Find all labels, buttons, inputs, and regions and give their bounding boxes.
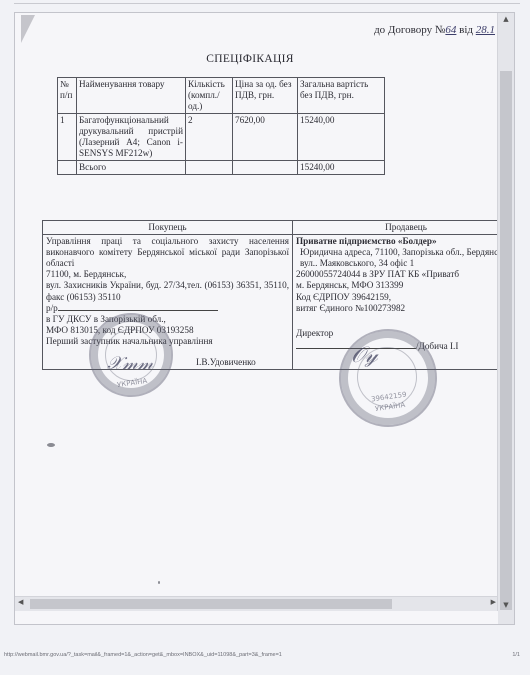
header-price: Ціна за од. без ПДВ, грн. [233, 78, 298, 114]
contract-number: 64 [445, 24, 456, 36]
scroll-up-icon[interactable]: ▲ [498, 15, 514, 23]
horizontal-scroll-thumb[interactable] [30, 599, 392, 609]
table-total-row: Всього 15240,00 [58, 161, 385, 175]
page-corner-fold-icon [21, 15, 35, 43]
table-header-row: № п/п Найменування товару Кількість (ком… [58, 78, 385, 114]
seller-name: Приватне підприємство «Болдер» [296, 236, 499, 247]
vertical-scroll-thumb[interactable] [500, 71, 512, 616]
scroll-down-icon[interactable]: ▼ [498, 601, 514, 609]
cell-total: 15240,00 [298, 114, 385, 161]
buyer-account: р/р [46, 303, 289, 314]
table-row: 1 Багатофункціональний друкувальний прис… [58, 114, 385, 161]
seller-code: Код ЄДРПОУ 39642159, [296, 292, 499, 303]
seller-address: Юридична адреса, 71100, Запорізька обл.,… [296, 247, 499, 269]
top-divider [14, 3, 520, 4]
buyer-postcode: 71100, м. Бердянськ, [46, 269, 289, 280]
document-viewer: до Договору №64 від 28.1 СПЕЦІФІКАЦІЯ № … [14, 12, 515, 625]
header-name: Найменування товару [77, 78, 186, 114]
scroll-left-icon[interactable]: ◀ [18, 598, 23, 606]
print-footer-page-count: 1/1 [512, 652, 520, 658]
contract-date: 28.1 [476, 24, 495, 36]
cell-price: 7620,00 [233, 114, 298, 161]
cell-empty [58, 161, 77, 175]
cell-name: Багатофункціональний друкувальний пристр… [77, 114, 186, 161]
cell-empty [233, 161, 298, 175]
vertical-scrollbar[interactable]: ▲ ▼ [497, 13, 514, 611]
seller-account: 26000055724044 в ЗРУ ПАТ КБ «Приватб [296, 269, 499, 280]
total-label: Всього [77, 161, 186, 175]
scan-speck [47, 443, 55, 447]
buyer-signature: 𝒳𝓂𝓂 [107, 353, 153, 374]
buyer-org: Управління праці та соціального захисту … [46, 236, 289, 269]
header-qty: Кількість (компл./ од.) [186, 78, 233, 114]
contract-ref-prefix: до Договору № [374, 24, 445, 36]
buyer-bank: в ГУ ДКСУ в Запорізькій обл., [46, 314, 289, 325]
header-total: Загальна вартість без ПДВ, грн. [298, 78, 385, 114]
document-title: СПЕЦІФІКАЦІЯ [15, 53, 485, 65]
contract-reference: до Договору №64 від 28.1 [374, 24, 495, 36]
total-value: 15240,00 [298, 161, 385, 175]
buyer-address: вул. Захисників України, буд. 27/34,тел.… [46, 280, 289, 302]
buyer-header: Покупець [43, 221, 293, 235]
seller-header: Продавець [293, 221, 500, 235]
document-page: до Договору №64 від 28.1 СПЕЦІФІКАЦІЯ № … [15, 13, 499, 611]
print-footer-url: http://webmail.bmr.gov.ua/?_task=mail&_f… [4, 652, 282, 658]
cell-qty: 2 [186, 114, 233, 161]
specification-table: № п/п Найменування товару Кількість (ком… [57, 77, 385, 175]
cell-empty [186, 161, 233, 175]
seller-extract: витяг Єдиного №100273982 [296, 303, 499, 314]
seller-bank: м. Бердянськ, МФО 313399 [296, 280, 499, 291]
scrollbar-corner [498, 610, 514, 624]
contract-ref-from: від [459, 24, 473, 36]
scan-speck [158, 581, 160, 584]
seller-signature: 𝒪𝓎 [351, 343, 378, 368]
cell-num: 1 [58, 114, 77, 161]
scroll-right-icon[interactable]: ▶ [491, 598, 496, 606]
horizontal-scrollbar[interactable]: ◀ ▶ [15, 596, 499, 611]
header-num: № п/п [58, 78, 77, 114]
